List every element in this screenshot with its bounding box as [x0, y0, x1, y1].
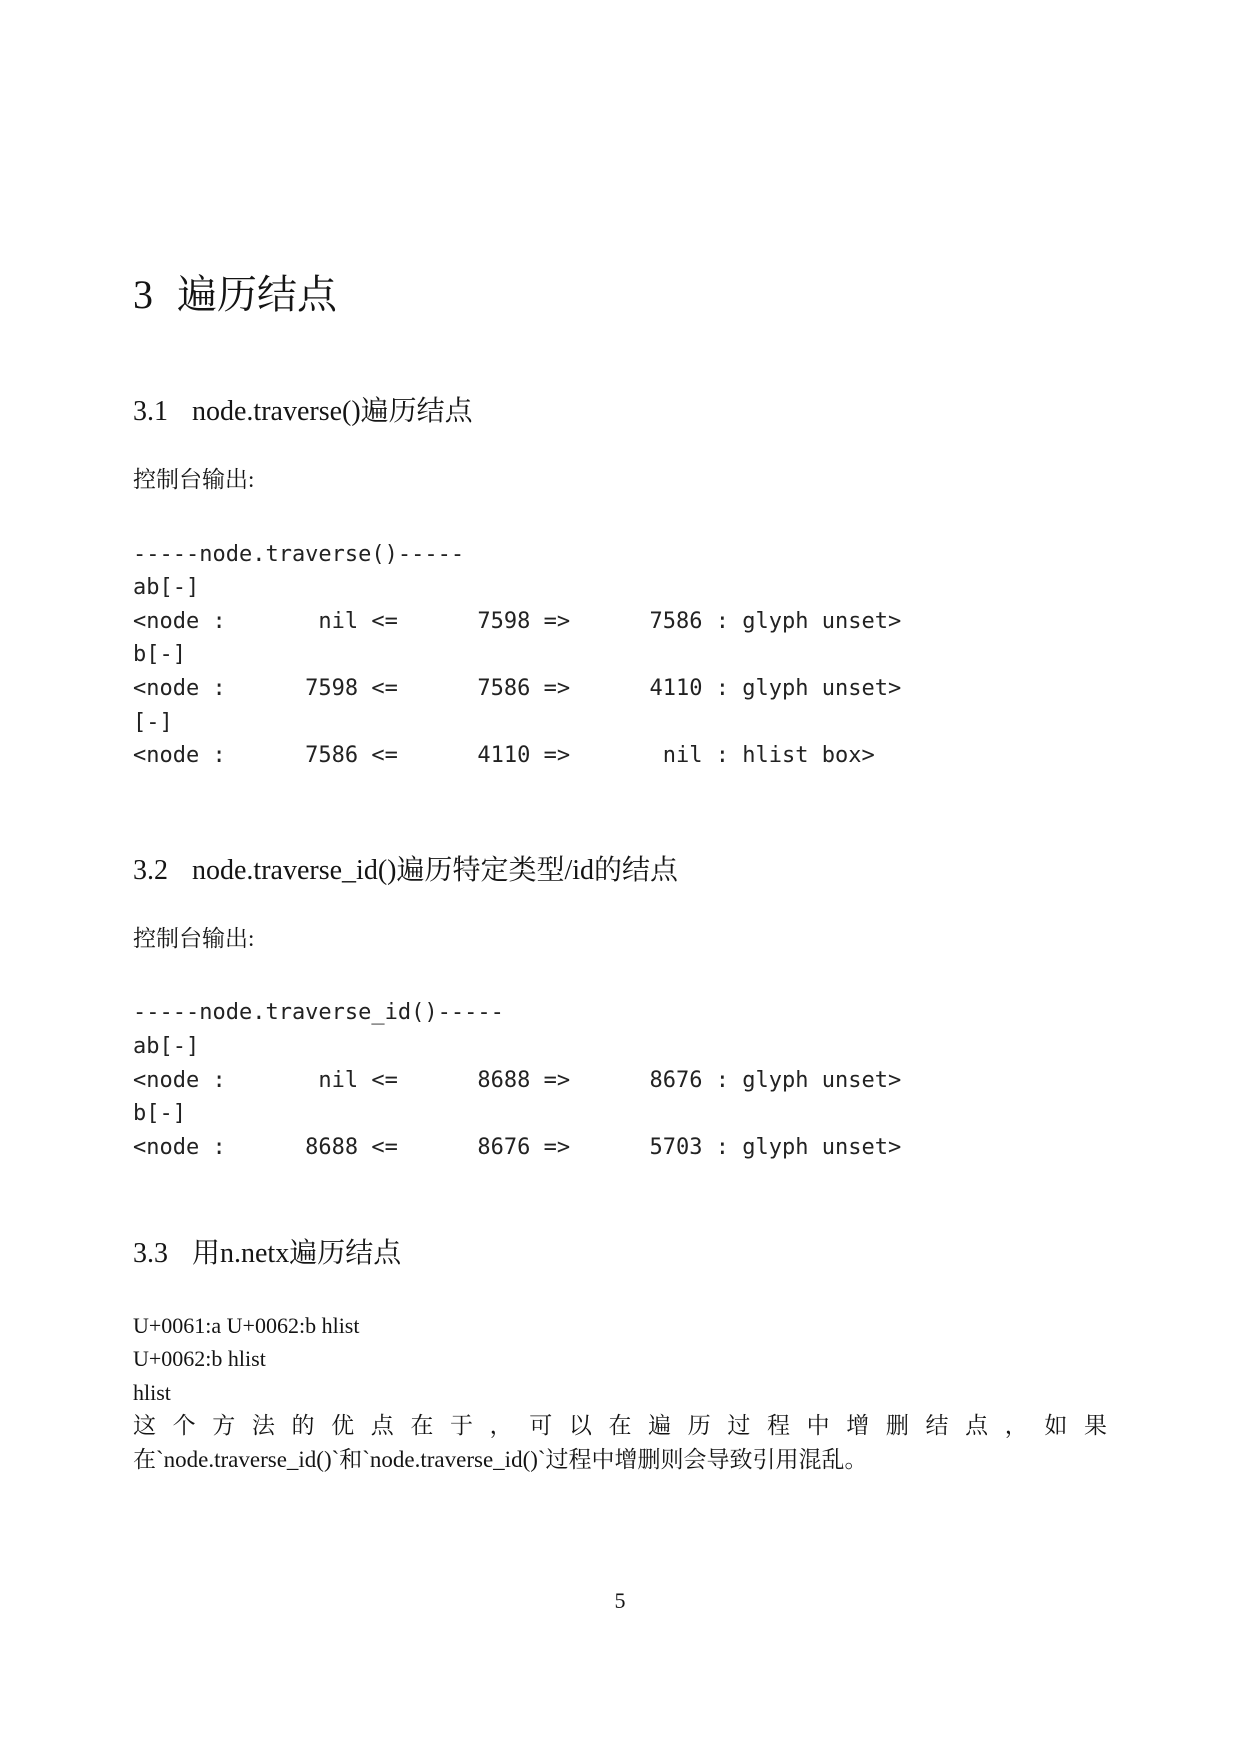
console-output-block: -----node.traverse_id()----- ab[-] <node…: [133, 996, 1107, 1164]
console-output-block: -----node.traverse()----- ab[-] <node : …: [133, 538, 1107, 773]
console-output-label: 控制台输出:: [133, 926, 1107, 952]
section-3-1: 3.1node.traverse()遍历结点 控制台输出: -----node.…: [133, 396, 1107, 773]
code-line: b[-]: [133, 1097, 1107, 1131]
paragraph-line: 这 个 方 法 的 优 点 在 于 ， 可 以 在 遍 历 过 程 中 增 删 …: [133, 1409, 1107, 1443]
code-line: -----node.traverse_id()-----: [133, 996, 1107, 1030]
paragraph-line: U+0062:b hlist: [133, 1342, 1107, 1376]
code-line: <node : 7586 <= 4110 => nil : hlist box>: [133, 739, 1107, 773]
section-3-2: 3.2node.traverse_id()遍历特定类型/id的结点 控制台输出:…: [133, 855, 1107, 1165]
section-3-1-number: 3.1: [133, 396, 168, 427]
paragraph-line: U+0061:a U+0062:b hlist: [133, 1309, 1107, 1343]
page-number: 5: [0, 1588, 1240, 1614]
code-line: <node : nil <= 7598 => 7586 : glyph unse…: [133, 605, 1107, 639]
section-3-2-number: 3.2: [133, 855, 168, 886]
code-line: <node : 8688 <= 8676 => 5703 : glyph uns…: [133, 1131, 1107, 1165]
paragraph-line: 在`node.traverse_id()`和`node.traverse_id(…: [133, 1443, 1107, 1477]
console-output-label: 控制台输出:: [133, 467, 1107, 493]
paragraph-line: hlist: [133, 1376, 1107, 1410]
section-3-3-number: 3.3: [133, 1238, 168, 1269]
code-line: [-]: [133, 706, 1107, 740]
section-3-2-title: node.traverse_id()遍历特定类型/id的结点: [192, 855, 678, 886]
document-page: 3遍历结点 3.1node.traverse()遍历结点 控制台输出: ----…: [0, 0, 1240, 1754]
code-line: ab[-]: [133, 571, 1107, 605]
code-line: ab[-]: [133, 1030, 1107, 1064]
section-3-3: 3.3用n.netx遍历结点 U+0061:a U+0062:b hlist U…: [133, 1238, 1107, 1476]
section-3-2-heading: 3.2node.traverse_id()遍历特定类型/id的结点: [133, 855, 1107, 887]
code-line: b[-]: [133, 638, 1107, 672]
chapter-title: 遍历结点: [177, 272, 337, 317]
section-3-3-heading: 3.3用n.netx遍历结点: [133, 1238, 1107, 1270]
code-line: <node : 7598 <= 7586 => 4110 : glyph uns…: [133, 672, 1107, 706]
code-line: <node : nil <= 8688 => 8676 : glyph unse…: [133, 1064, 1107, 1098]
chapter-heading: 3遍历结点: [133, 272, 1107, 318]
section-3-1-title: node.traverse()遍历结点: [192, 396, 473, 427]
section-3-3-title: 用n.netx遍历结点: [192, 1238, 401, 1269]
section-3-1-heading: 3.1node.traverse()遍历结点: [133, 396, 1107, 428]
section-3-3-paragraph: U+0061:a U+0062:b hlist U+0062:b hlist h…: [133, 1309, 1107, 1477]
code-line: -----node.traverse()-----: [133, 538, 1107, 572]
chapter-number: 3: [133, 272, 153, 317]
